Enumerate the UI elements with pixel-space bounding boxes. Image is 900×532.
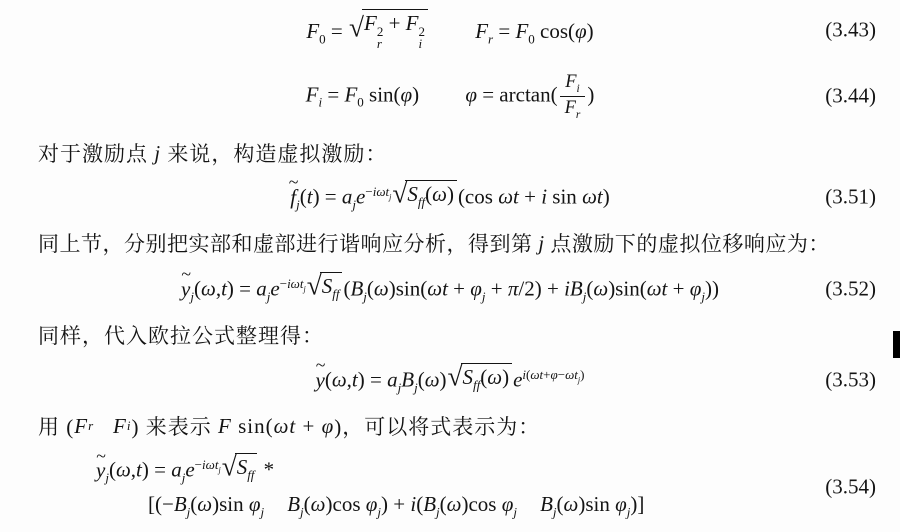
- math-subscript: r: [88, 418, 94, 434]
- equation-content: F0 = √F2r + F2iFr = F0 cos(φ): [306, 9, 593, 51]
- equation-row: ~y(ω,t) = ajBj(ω)√Sff(ω)ei(ωt+φ−ωtj)(3.5…: [0, 354, 900, 406]
- radical-sign-icon: √: [307, 272, 322, 299]
- math-text: +: [448, 277, 470, 301]
- math-radical: √Sff: [307, 272, 343, 302]
- math-variable: ω: [432, 182, 447, 206]
- text-line: 同上节，分别把实部和虚部进行谐响应分析，得到第 j 点激励下的虚拟位移响应为：: [0, 224, 900, 262]
- math-text: = arctan(: [477, 82, 558, 106]
- math-text: (: [440, 492, 447, 516]
- math-variable: a: [171, 458, 182, 482]
- math-text: )]: [630, 492, 644, 516]
- math-variable: r: [576, 108, 580, 120]
- math-variable: B: [174, 492, 187, 516]
- math-text: ): [587, 19, 594, 43]
- equation-row: Fi = F0 sin(φ)φ = arctan(FiFr)(3.44): [0, 56, 900, 136]
- math-subscript: ff: [247, 468, 254, 483]
- math-variable: e: [185, 458, 194, 482]
- math-variable: F: [515, 19, 528, 43]
- math-text: ) 来表示: [132, 411, 219, 441]
- math-variable: S: [237, 455, 248, 479]
- math-text: ) =: [227, 277, 256, 301]
- math-text: +: [296, 414, 321, 439]
- math-variable: a: [256, 277, 267, 301]
- math-variable: φ: [502, 492, 514, 516]
- math-variable: ωt: [582, 185, 603, 209]
- math-tilde-accent: ~y: [181, 276, 190, 302]
- math-variable: j: [218, 465, 220, 474]
- math-variable: ωt: [427, 277, 448, 301]
- math-text: ) =: [142, 458, 171, 482]
- math-variable: φ: [249, 492, 261, 516]
- math-text: ): [447, 182, 454, 206]
- radical-sign-icon: √: [392, 180, 407, 207]
- radical-sign-icon: √: [349, 15, 364, 42]
- math-subscript: j: [218, 465, 220, 474]
- math-variable: ff: [332, 287, 339, 302]
- math-variable: e: [356, 185, 365, 209]
- math-text: (cos: [458, 185, 498, 209]
- equation-number: (3.43): [825, 18, 876, 43]
- math-variable: F: [364, 11, 377, 35]
- math-variable: F: [565, 97, 576, 117]
- math-subscript: j: [304, 284, 306, 293]
- math-text: (: [557, 492, 564, 516]
- math-text: (: [304, 492, 311, 516]
- math-variable: B: [423, 492, 436, 516]
- math-text: *: [258, 458, 274, 482]
- math-variable: i: [577, 82, 580, 94]
- text-line: 同样，代入欧拉公式整理得：: [0, 316, 900, 354]
- equation-number: (3.51): [825, 185, 876, 210]
- equation-number: (3.52): [825, 277, 876, 302]
- math-variable: j: [261, 505, 265, 520]
- math-superscript: i(ωt+φ−ωtj): [522, 367, 584, 382]
- math-variable: iωt: [373, 184, 389, 199]
- math-text: =: [326, 19, 348, 43]
- equation-row: ~yj(ω,t) = aje−iωtj√Sff(Bj(ω)sin(ωt + φj…: [0, 262, 900, 316]
- math-text: ) =: [313, 185, 342, 209]
- math-text: )sin(: [389, 277, 428, 301]
- equation-row: ~fj(t) = aje−iωtj√Sff(ω)(cos ωt + i sin …: [0, 170, 900, 224]
- equation-number: (3.44): [825, 84, 876, 109]
- math-variable: B: [401, 368, 414, 392]
- equation-line: [(−Bj(ω)sin φjBj(ω)cos φj) + i(Bj(ω)cos …: [148, 492, 900, 520]
- math-tilde-accent: ~f: [290, 184, 296, 210]
- radical-sign-icon: √: [222, 453, 237, 480]
- math-variable: S: [322, 274, 333, 298]
- math-variable: ω: [447, 492, 462, 516]
- math-text: (: [300, 185, 307, 209]
- math-variable: B: [540, 492, 553, 516]
- math-variable: F: [565, 71, 576, 91]
- math-variable: iωt: [202, 457, 218, 472]
- radical-sign-icon: √: [448, 363, 463, 390]
- math-text: ): [603, 185, 610, 209]
- math-text: =: [322, 82, 344, 106]
- math-text: +: [486, 277, 508, 301]
- equation-number: (3.54): [825, 475, 876, 500]
- math-radical: √Sff(ω): [448, 363, 513, 393]
- math-text: =: [493, 19, 515, 43]
- math-variable: φ: [366, 492, 378, 516]
- math-text: ) +: [381, 492, 410, 516]
- document-page: F0 = √F2r + F2iFr = F0 cos(φ)(3.43)Fi = …: [0, 0, 900, 532]
- math-variable: ω: [201, 277, 216, 301]
- text-line: 对于激励点 j 来说，构造虚拟激励：: [0, 136, 900, 170]
- math-text: )，可以将式表示为：: [334, 411, 540, 441]
- math-subscript: j: [389, 192, 391, 201]
- math-text: ): [412, 82, 419, 106]
- math-radical: √Sff: [222, 453, 258, 483]
- math-variable: ω: [374, 277, 389, 301]
- math-variable: F: [74, 414, 88, 439]
- math-variable: S: [407, 182, 418, 206]
- math-text: 点激励下的虚拟位移响应为：: [545, 228, 830, 258]
- math-variable: ff: [247, 468, 254, 483]
- math-text: sin(: [232, 414, 274, 439]
- math-text: −: [365, 184, 372, 199]
- math-text: 对于激励点: [38, 138, 154, 168]
- math-subscript: r: [576, 108, 580, 120]
- equation-content: ~yj(ω,t) = aje−iωtj√Sff(Bj(ω)sin(ωt + φj…: [181, 272, 719, 305]
- math-text: /2) +: [518, 277, 564, 301]
- math-subscript: ff: [332, 287, 339, 302]
- math-text: −: [195, 457, 202, 472]
- math-variable: φ: [690, 277, 702, 301]
- math-tilde-accent: ~y: [316, 367, 325, 393]
- math-subscript: j: [513, 505, 517, 520]
- math-variable: φ: [551, 367, 558, 382]
- math-text: +: [383, 11, 405, 35]
- math-variable: B: [287, 492, 300, 516]
- math-tilde-accent: ~y: [96, 458, 105, 483]
- math-text: (: [418, 368, 425, 392]
- math-text: −: [558, 367, 565, 382]
- math-variable: φ: [470, 277, 482, 301]
- math-text: 用 (: [38, 411, 74, 441]
- math-superscript: −iωtj: [365, 184, 391, 199]
- math-text: sin(: [364, 82, 401, 106]
- math-variable: ω: [564, 492, 579, 516]
- scan-artifact: [893, 331, 900, 358]
- math-variable: r: [88, 418, 94, 433]
- math-variable: a: [387, 368, 398, 392]
- math-variable: ωt: [565, 367, 578, 382]
- math-text: −: [280, 276, 287, 291]
- math-variable: j: [154, 141, 161, 166]
- math-variable: F: [113, 414, 127, 439]
- math-text: +: [667, 277, 689, 301]
- math-text: )): [705, 277, 719, 301]
- math-variable: S: [463, 365, 474, 389]
- math-text: ): [587, 82, 594, 106]
- equation-row: ~yj(ω,t) = aje−iωtj√Sff *[(−Bj(ω)sin φjB…: [0, 446, 900, 528]
- math-text: (: [325, 368, 332, 392]
- math-variable: φ: [465, 82, 477, 106]
- equation-content: Fi = F0 sin(φ)φ = arctan(FiFr): [306, 71, 595, 122]
- equation-number: (3.53): [825, 368, 876, 393]
- math-variable: φ: [615, 492, 627, 516]
- math-text: )cos: [461, 492, 501, 516]
- math-superscript: −iωtj: [280, 276, 306, 291]
- document-content: F0 = √F2r + F2iFr = F0 cos(φ)(3.43)Fi = …: [0, 4, 900, 528]
- math-variable: F: [406, 11, 419, 35]
- math-variable: B: [350, 277, 363, 301]
- math-variable: a: [342, 185, 353, 209]
- math-text: (: [367, 277, 374, 301]
- math-variable: ωt: [274, 414, 297, 439]
- math-variable: e: [270, 277, 279, 301]
- math-variable: ω: [593, 277, 608, 301]
- math-text: +: [543, 367, 550, 382]
- math-variable: e: [513, 368, 522, 392]
- math-fraction: FiFr: [560, 71, 586, 122]
- math-radical: √F2r + F2i: [349, 9, 428, 51]
- math-text: )sin: [212, 492, 249, 516]
- math-variable: ω: [425, 368, 440, 392]
- math-variable: π: [508, 277, 519, 301]
- math-text: 同样，代入欧拉公式整理得：: [38, 320, 324, 350]
- math-text: cos(: [535, 19, 575, 43]
- math-text: ): [440, 368, 447, 392]
- math-variable: j: [389, 192, 391, 201]
- math-subscript: j: [261, 505, 265, 520]
- math-variable: F: [306, 19, 319, 43]
- math-variable: ω: [332, 368, 347, 392]
- math-text: 来说，构造虚拟激励：: [161, 138, 387, 168]
- math-variable: ω: [197, 492, 212, 516]
- math-variable: ωt: [530, 367, 543, 382]
- equation-line: ~yj(ω,t) = aje−iωtj√Sff *: [96, 453, 900, 486]
- math-variable: ω: [116, 458, 131, 482]
- math-text: 同上节，分别把实部和虚部进行谐响应分析，得到第: [38, 228, 538, 258]
- math-text: (: [194, 277, 201, 301]
- math-text: ) =: [358, 368, 387, 392]
- math-text: ): [502, 365, 509, 389]
- math-variable: φ: [401, 82, 413, 106]
- math-variable: i: [419, 36, 423, 51]
- math-variable: ω: [487, 365, 502, 389]
- text-line: 用 (FrFi) 来表示 F sin(ωt + φ)，可以将式表示为：: [0, 406, 900, 446]
- math-variable: F: [344, 82, 357, 106]
- math-variable: F: [475, 19, 488, 43]
- math-text: ): [580, 367, 584, 382]
- math-text: )cos: [326, 492, 366, 516]
- math-variable: ωt: [647, 277, 668, 301]
- math-subscript: i: [577, 82, 580, 94]
- math-text: (: [109, 458, 116, 482]
- math-superscript: −iωtj: [195, 457, 221, 472]
- math-variable: φ: [575, 19, 587, 43]
- math-variable: φ: [322, 414, 335, 439]
- math-subsup: 2i: [419, 26, 426, 51]
- math-variable: ωt: [498, 185, 519, 209]
- math-variable: ω: [311, 492, 326, 516]
- math-variable: j: [304, 284, 306, 293]
- math-text: )sin(: [608, 277, 647, 301]
- math-text: +: [519, 185, 541, 209]
- math-variable: F: [306, 82, 319, 106]
- math-variable: iωt: [287, 276, 303, 291]
- equation-row: F0 = √F2r + F2iFr = F0 cos(φ)(3.43): [0, 4, 900, 56]
- math-variable: iB: [564, 277, 583, 301]
- math-variable: F: [218, 414, 232, 439]
- math-text: )sin: [578, 492, 615, 516]
- equation-content: ~y(ω,t) = ajBj(ω)√Sff(ω)ei(ωt+φ−ωtj): [316, 363, 585, 396]
- math-text: [(−: [148, 492, 174, 516]
- equation-content: ~fj(t) = aje−iωtj√Sff(ω)(cos ωt + i sin …: [290, 180, 609, 213]
- math-variable: j: [513, 505, 517, 520]
- math-variable: r: [377, 36, 382, 51]
- math-radical: √Sff(ω): [392, 180, 457, 210]
- math-text: sin: [547, 185, 582, 209]
